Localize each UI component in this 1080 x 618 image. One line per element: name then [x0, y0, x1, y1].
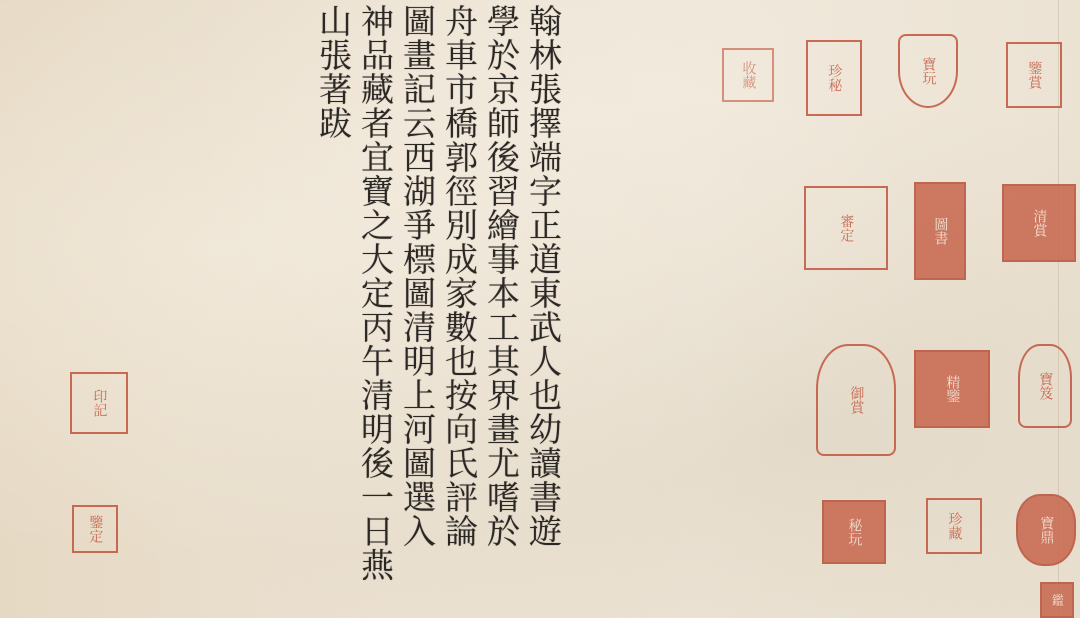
seal-r3-c: 寶笈 — [1018, 344, 1072, 428]
seal-r4-b: 珍藏 — [926, 498, 982, 554]
seal-r4-c: 寶鼎 — [1016, 494, 1076, 566]
seal-r1-b: 珍秘 — [806, 40, 862, 116]
seal-r2-a: 審定 — [804, 186, 888, 270]
seal-r2-b: 圖書 — [914, 182, 966, 280]
colophon-column: 翰林張擇端字正道東武人也幼讀書遊 — [522, 4, 560, 582]
seal-edge: 鑑 — [1040, 582, 1074, 618]
seal-r4-a: 秘玩 — [822, 500, 886, 564]
seal-r1-d: 鑒賞 — [1006, 42, 1062, 108]
seal-r1-c: 寶玩 — [898, 34, 958, 108]
colophon-column: 山張著跋 — [312, 4, 350, 582]
colophon-column: 神品藏者宜寶之大定丙午清明後一日燕 — [354, 4, 392, 582]
seal-left-lower: 鑒定 — [72, 505, 118, 553]
colophon-column: 學於京師後習繪事本工其界畫尤嗜於 — [480, 4, 518, 582]
seal-r3-b: 精鑒 — [914, 350, 990, 428]
seal-r2-c: 清賞 — [1002, 184, 1076, 262]
colophon-text: 翰林張擇端字正道東武人也幼讀書遊 學於京師後習繪事本工其界畫尤嗜於 舟車市橋郭徑… — [312, 4, 560, 582]
colophon-column: 舟車市橋郭徑別成家數也按向氏評論 — [438, 4, 476, 582]
seal-r3-a: 御賞 — [816, 344, 896, 456]
colophon-column: 圖畫記云西湖爭標圖清明上河圖選入 — [396, 4, 434, 582]
seal-r1-a: 收藏 — [722, 48, 774, 102]
seal-left-upper: 印記 — [70, 372, 128, 434]
